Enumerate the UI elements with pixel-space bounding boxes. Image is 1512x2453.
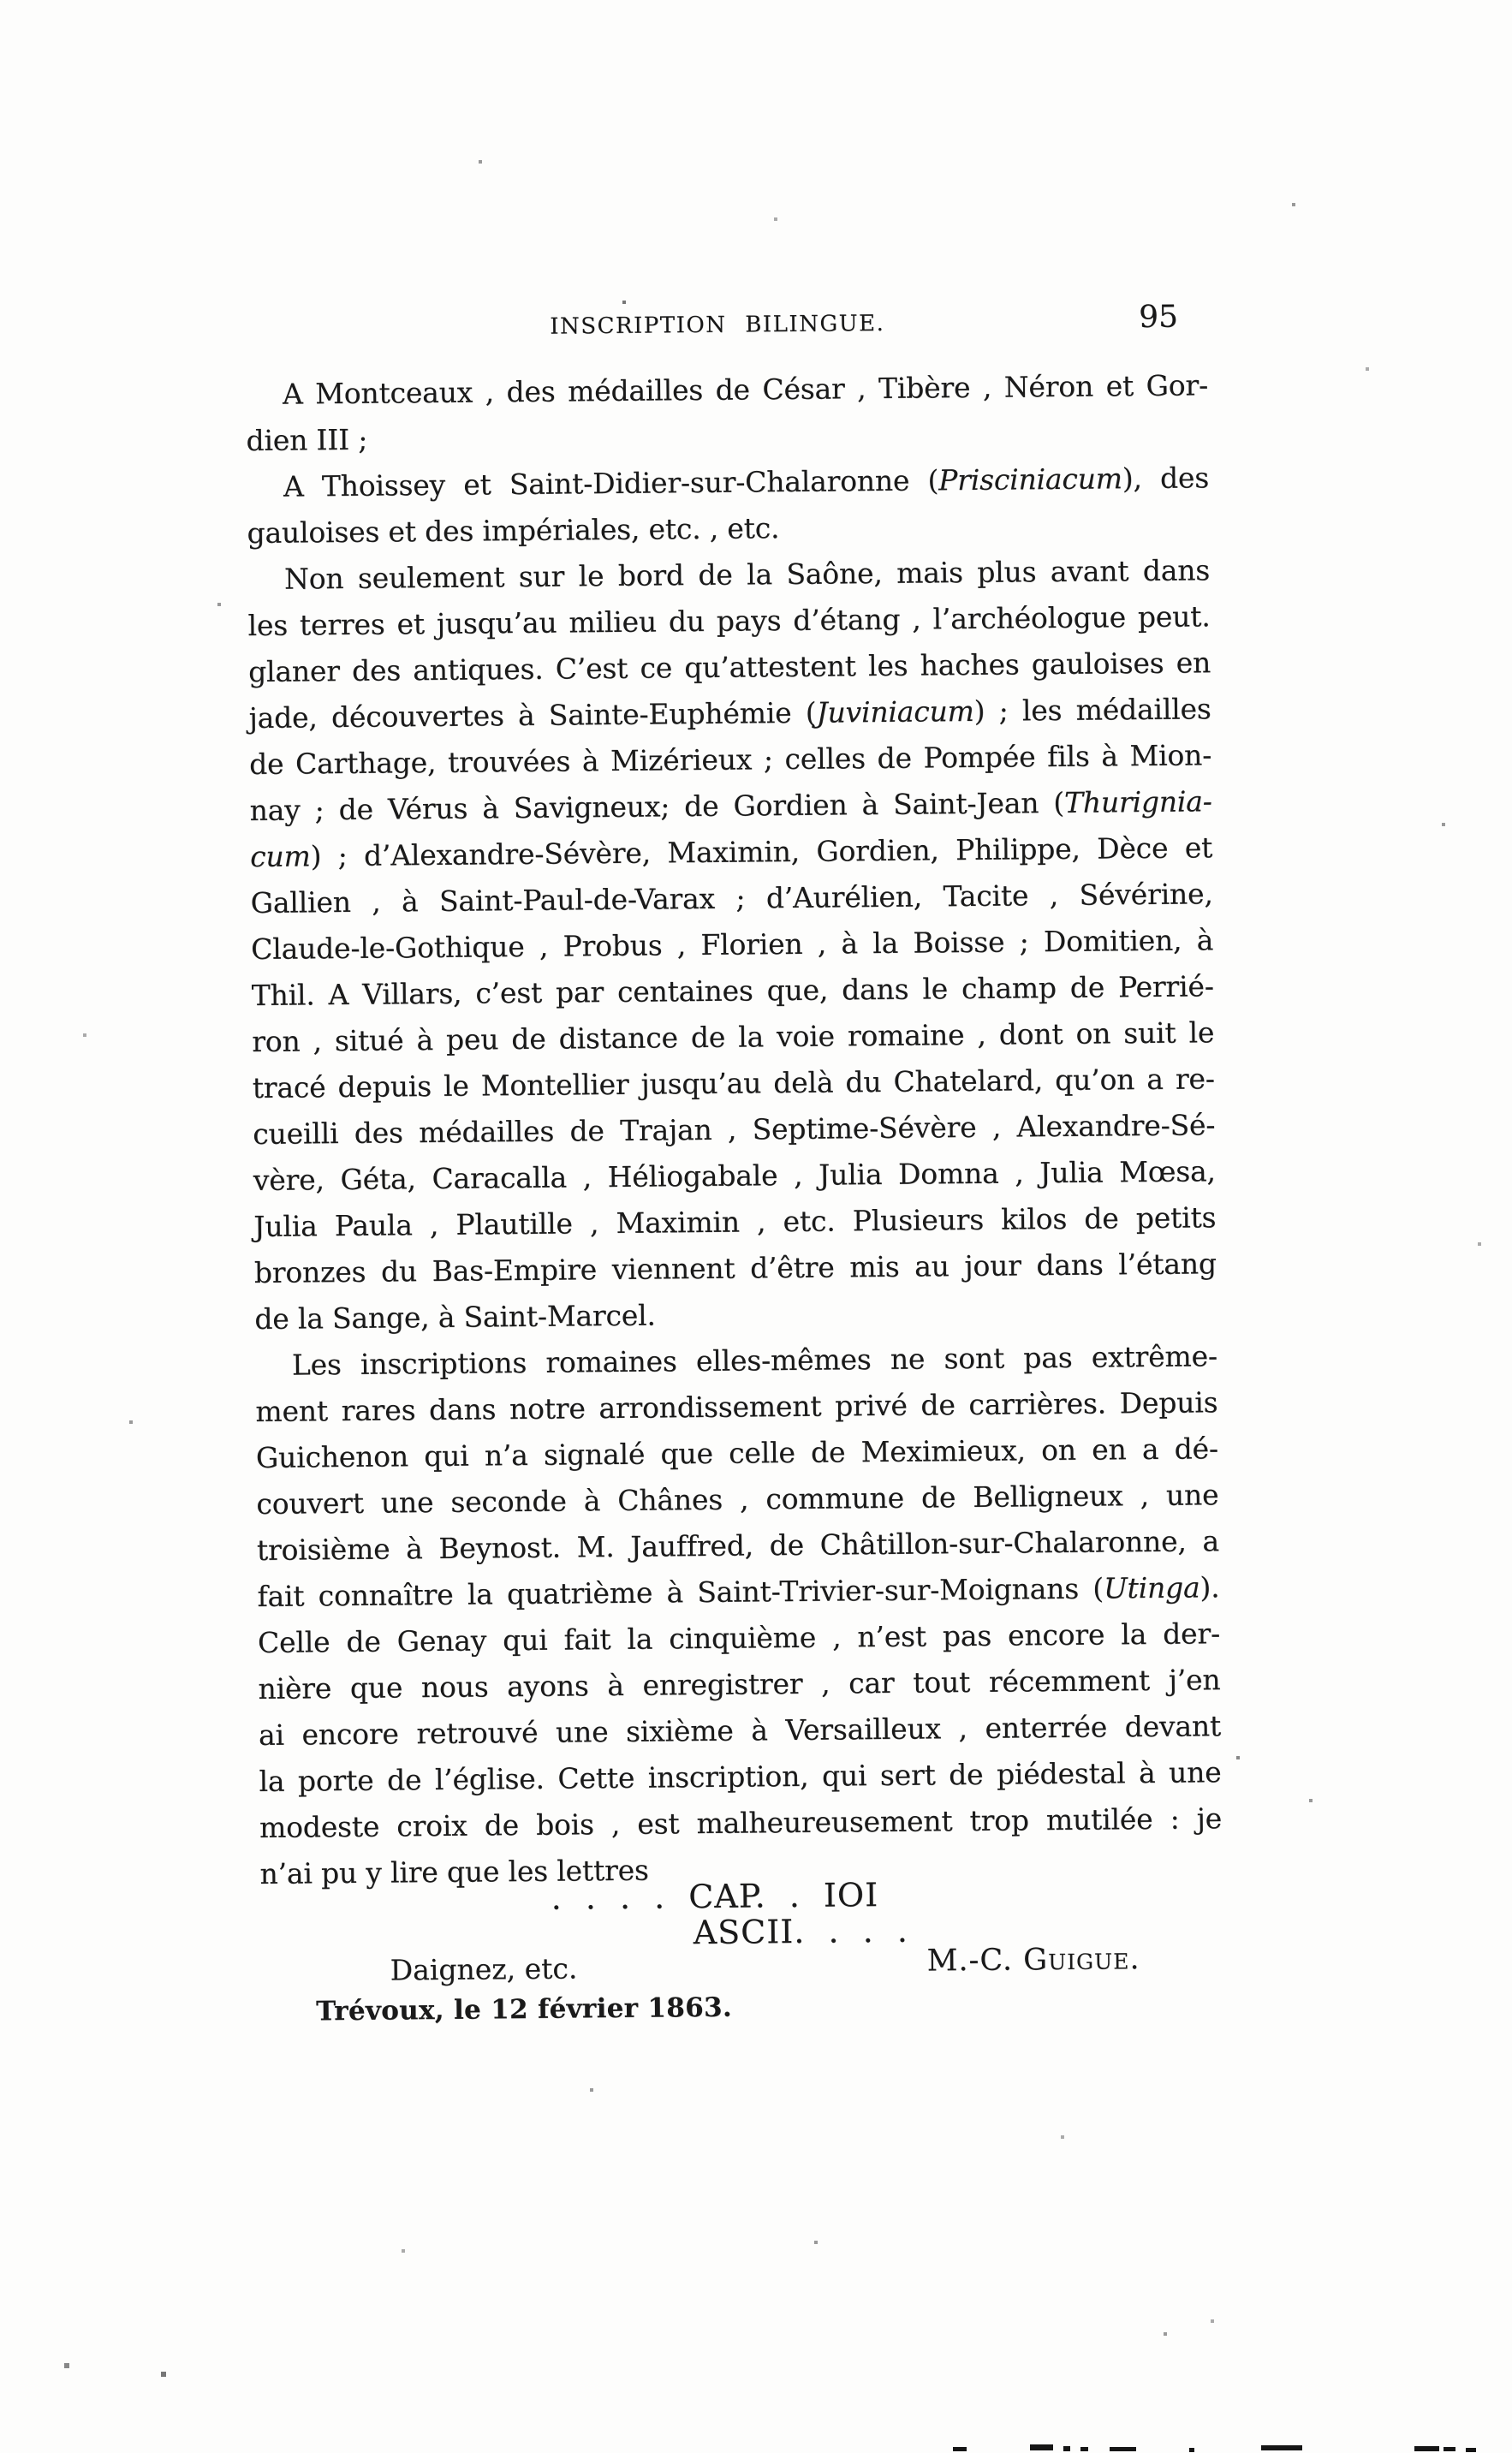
text-run: bronzes du Bas-Empire viennent d’être mi…: [254, 1247, 1217, 1289]
text-run: dien III ;: [246, 423, 367, 457]
body-text-line: bronzes du Bas-Empire viennent d’être mi…: [254, 1241, 1217, 1296]
text-run: vère, Géta, Caracalla , Héliogabale , Ju…: [253, 1154, 1216, 1197]
text-run: A Montceaux , des médailles de César , T…: [283, 368, 1208, 410]
text-run: de Carthage, trouvées à Mizérieux ; cell…: [249, 738, 1211, 781]
running-title: INSCRIPTION BILINGUE.: [550, 311, 884, 340]
latin-place-name-italic: Thurignia-: [1064, 784, 1212, 819]
closing-salutation: Daignez, etc.: [390, 1951, 577, 1986]
scan-mark: [1444, 2447, 1455, 2451]
text-run: ), des: [1122, 461, 1210, 495]
text-run: les terres et jusqu’au milieu du pays d’…: [247, 599, 1210, 642]
text-run: glaner des antiques. C’est ce qu’atteste…: [248, 646, 1211, 688]
page-content: INSCRIPTION BILINGUE. 95 A Montceaux , d…: [0, 0, 1512, 2453]
text-run: ) ; d’Alexandre-Sévère, Maximin, Gordien…: [310, 831, 1212, 872]
body-text-line: A Thoissey et Saint-Didier-sur-Chalaronn…: [247, 455, 1209, 510]
text-run: A Thoissey et Saint-Didier-sur-Chalaronn…: [283, 463, 939, 503]
scan-mark: [1414, 2446, 1439, 2451]
author-signature: M.-C. Guigue.: [926, 1942, 1140, 1978]
text-run: Celle de Genay qui fait la cinquième , n…: [258, 1616, 1220, 1659]
text-run: Non seulement sur le bord de la Saône, m…: [284, 553, 1210, 595]
text-run: Guichenon qui n’a signalé que celle de M…: [256, 1432, 1218, 1474]
page-number: 95: [1139, 300, 1178, 335]
body-text-block: A Montceaux , des médailles de César , T…: [246, 362, 1223, 1897]
scan-mark: [1080, 2447, 1088, 2451]
text-run: jade, découvertes à Sainte-Euphémie (: [248, 696, 816, 735]
text-run: Gallien , à Saint-Paul-de-Varax ; d’Auré…: [250, 877, 1212, 920]
text-run: couvert une seconde à Chânes , commune d…: [256, 1478, 1218, 1521]
latin-place-name-italic: cum: [250, 839, 311, 873]
scan-mark: [1466, 2448, 1476, 2452]
dateline: Trévoux, le 12 février 1863.: [316, 1992, 732, 2027]
text-run: troisième à Beynost. M. Jauffred, de Châ…: [257, 1524, 1219, 1567]
body-text-line: modeste croix de bois , est malheureusem…: [259, 1795, 1222, 1851]
scan-mark: [1261, 2445, 1302, 2450]
text-run: la porte de l’église. Cette inscription,…: [259, 1755, 1221, 1798]
scan-mark: [1189, 2448, 1194, 2452]
text-run: tracé depuis le Montellier jusqu’au delà…: [253, 1062, 1215, 1104]
text-run: gauloises et des impériales, etc. , etc.: [247, 511, 779, 550]
text-run: ment rares dans notre arrondissement pri…: [255, 1385, 1217, 1428]
text-run: Thil. A Villars, c’est par centaines que…: [252, 969, 1214, 1012]
text-run: Claude-le-Gothique , Probus , Florien , …: [251, 923, 1213, 966]
text-run: ai encore retrouvé une sixième à Versail…: [259, 1709, 1221, 1752]
text-run: ) ; les médailles: [973, 692, 1211, 728]
scan-mark: [953, 2447, 967, 2451]
scanned-book-page: INSCRIPTION BILINGUE. 95 A Montceaux , d…: [0, 0, 1512, 2453]
text-run: cueilli des médailles de Trajan , Septim…: [253, 1108, 1215, 1151]
body-text-line: A Montceaux , des médailles de César , T…: [246, 362, 1208, 418]
text-run: nière que nous ayons à enregistrer , car…: [258, 1663, 1220, 1706]
text-run: Julia Paula , Plautille , Maximin , etc.…: [253, 1200, 1216, 1243]
text-run: modeste croix de bois , est malheureusem…: [259, 1801, 1222, 1844]
scan-speckles: [0, 0, 2, 2]
text-run: de la Sange, à Saint-Marcel.: [254, 1299, 656, 1336]
text-run: ).: [1199, 1570, 1219, 1604]
scan-mark: [1063, 2446, 1070, 2451]
text-run: Les inscriptions romaines elles-mêmes ne…: [292, 1339, 1217, 1381]
latin-place-name-italic: Juviniacum: [816, 694, 974, 729]
latin-place-name-italic: Prisciniacum: [938, 461, 1122, 497]
text-run: fait connaître la quatrième à Saint-Triv…: [257, 1572, 1104, 1613]
text-run: nay ; de Vérus à Savigneux; de Gordien à…: [249, 786, 1064, 827]
latin-place-name-italic: Utinga: [1104, 1570, 1200, 1605]
scan-mark: [1110, 2447, 1136, 2451]
text-run: ron , situé à peu de distance de la voie…: [252, 1015, 1214, 1058]
